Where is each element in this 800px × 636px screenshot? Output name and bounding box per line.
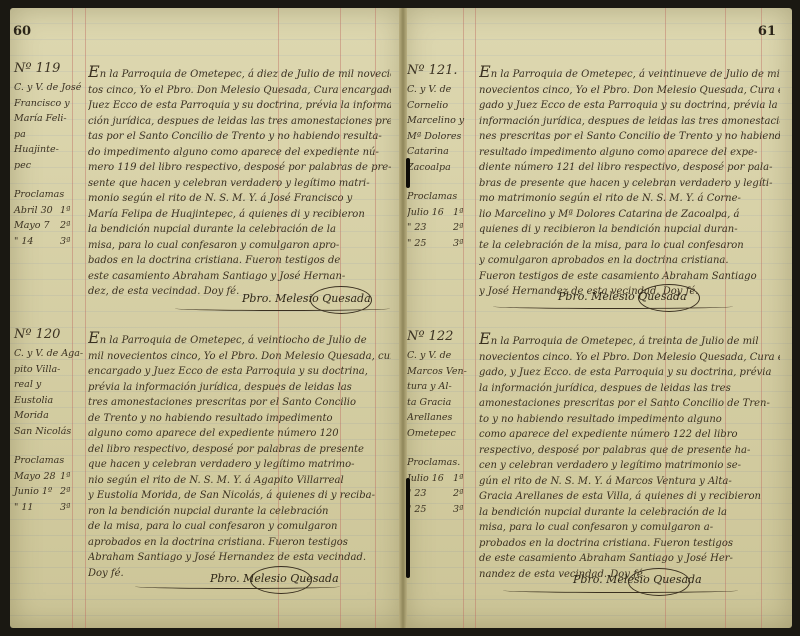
left-page: 60 Nº 119 C. y V. de José Francisco y Ma… bbox=[10, 8, 403, 628]
proclamas-label: Proclamas bbox=[407, 189, 471, 205]
proclama-row: " 143ª bbox=[14, 234, 78, 250]
entry-body: En la Parroquia de Ometepec, á diez de J… bbox=[88, 64, 391, 300]
proclama-row: Mayo 72ª bbox=[14, 218, 78, 234]
page-number: 61 bbox=[758, 24, 776, 39]
signature-rubric bbox=[628, 568, 690, 596]
entry-number: Nº 122 bbox=[407, 328, 471, 346]
proclamas-block: Proclamas Abril 301ª Mayo 72ª " 143ª bbox=[14, 187, 78, 249]
proclama-row: Julio 161ª bbox=[407, 471, 471, 487]
proclama-row: " 113ª bbox=[14, 500, 78, 516]
proclama-row: Julio 161ª bbox=[407, 205, 471, 221]
proclamas-label: Proclamas bbox=[14, 187, 78, 203]
entry-margin: Nº 119 C. y V. de José Francisco y María… bbox=[14, 60, 78, 249]
right-page: 61 Nº 121. C. y V. de Cornelio Marcelino… bbox=[403, 8, 792, 628]
proclama-row: " 253ª bbox=[407, 236, 471, 252]
proclama-row: " 253ª bbox=[407, 502, 471, 518]
entry-body: En la Parroquia de Ometepec, á veintinue… bbox=[479, 64, 780, 300]
entry-body: En la Parroquia de Ometepec, á treinta d… bbox=[479, 331, 780, 582]
signature-flourish bbox=[503, 588, 738, 593]
binding-stitch bbox=[406, 158, 410, 188]
signature-flourish bbox=[493, 304, 733, 309]
proclama-row: " 232ª bbox=[407, 486, 471, 502]
signature-rubric bbox=[310, 286, 372, 314]
proclama-row: Abril 301ª bbox=[14, 203, 78, 219]
entry-number: Nº 121. bbox=[407, 62, 471, 80]
entry-margin: Nº 121. C. y V. de Cornelio Marcelino y … bbox=[407, 62, 471, 251]
margin-rule bbox=[475, 8, 476, 628]
proclama-row: Mayo 281ª bbox=[14, 469, 78, 485]
proclama-row: " 232ª bbox=[407, 220, 471, 236]
entry-names: C. y V. de Marcos Ven- tura y Al- ta Gra… bbox=[407, 348, 471, 441]
entry-names: C. y V. de Cornelio Marcelino y Mª Dolor… bbox=[407, 82, 471, 175]
proclamas-block: Proclamas. Julio 161ª " 232ª " 253ª bbox=[407, 455, 471, 517]
binding-stitch bbox=[406, 478, 410, 578]
entry-margin: Nº 122 C. y V. de Marcos Ven- tura y Al-… bbox=[407, 328, 471, 517]
page-number: 60 bbox=[13, 24, 31, 39]
entry-names: C. y V. de José Francisco y María Feli- … bbox=[14, 80, 78, 173]
entry-names: C. y V. de Aga- pito Villa- real y Eusto… bbox=[14, 346, 78, 439]
signature-rubric bbox=[638, 284, 700, 312]
entry-number: Nº 119 bbox=[14, 60, 78, 78]
signature-rubric bbox=[250, 566, 312, 594]
proclamas-label: Proclamas. bbox=[407, 455, 471, 471]
register-spread: 60 Nº 119 C. y V. de José Francisco y Ma… bbox=[10, 8, 792, 628]
entry-number: Nº 120 bbox=[14, 326, 78, 344]
proclamas-block: Proclamas Julio 161ª " 232ª " 253ª bbox=[407, 189, 471, 251]
entry-body: En la Parroquia de Ometepec, á veintioch… bbox=[88, 330, 391, 581]
entry-margin: Nº 120 C. y V. de Aga- pito Villa- real … bbox=[14, 326, 78, 515]
proclamas-label: Proclamas bbox=[14, 453, 78, 469]
margin-rule bbox=[85, 8, 86, 628]
proclamas-block: Proclamas Mayo 281ª Junio 1º2ª " 113ª bbox=[14, 453, 78, 515]
proclama-row: Junio 1º2ª bbox=[14, 484, 78, 500]
